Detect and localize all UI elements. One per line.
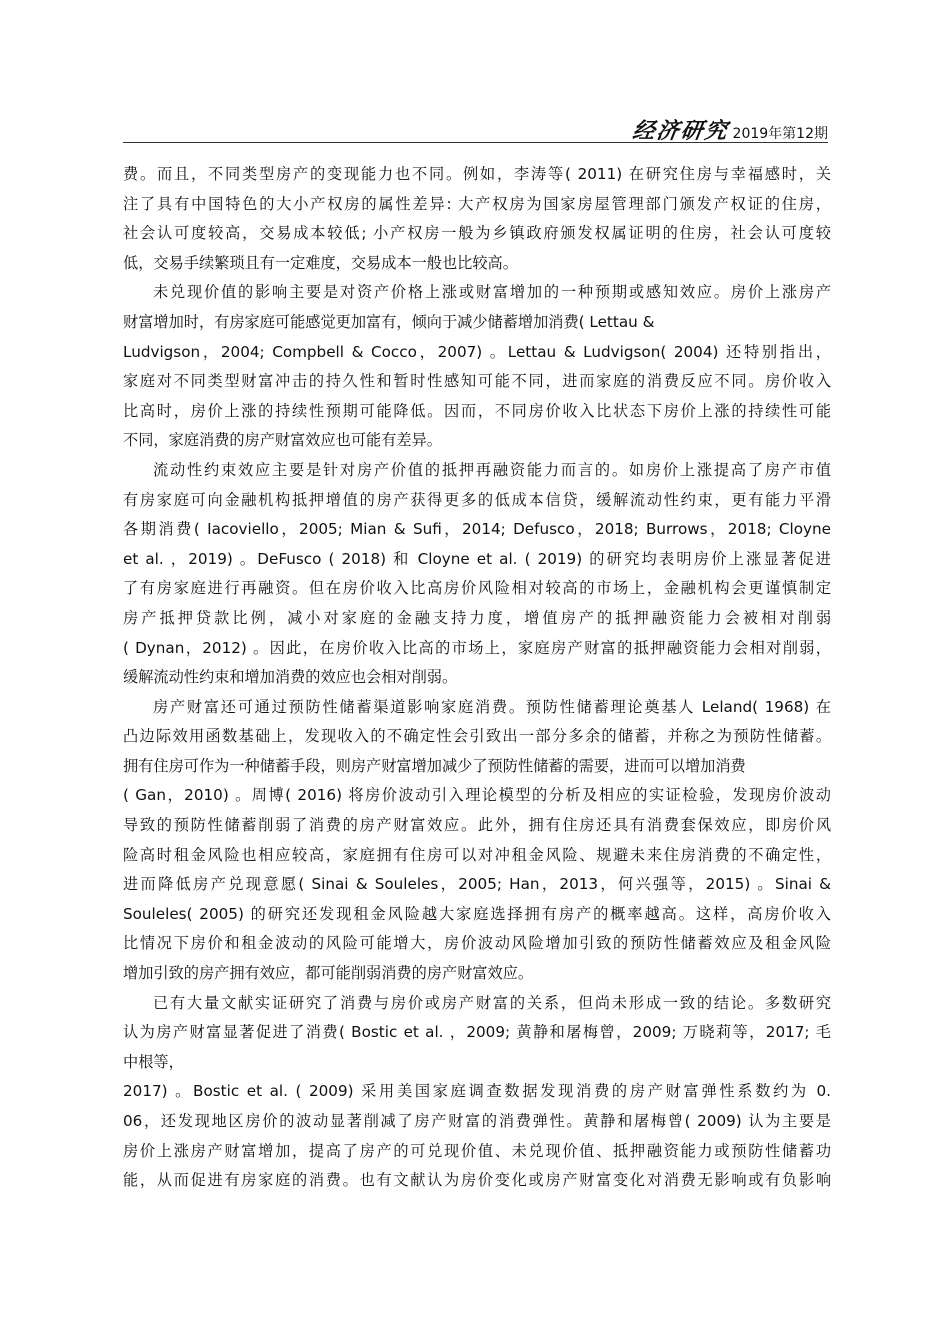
header-divider xyxy=(123,142,828,143)
text-line: 中根等， xyxy=(123,1048,831,1078)
journal-issue: 2019年第12期 xyxy=(733,123,828,143)
text-line: Ludvigson，2004; Compbell & Cocco，2007) 。… xyxy=(123,338,831,368)
text-line: 了有房家庭进行再融资。但在房价收入比高房价风险相对较高的市场上，金融机构会更谨慎… xyxy=(123,574,831,604)
text-line: 导致的预防性储蓄削弱了消费的房产财富效应。此外，拥有住房还具有消费套保效应，即房… xyxy=(123,811,831,841)
text-line: ( Dynan，2012) 。因此，在房价收入比高的市场上，家庭房产财富的抵押融… xyxy=(123,634,831,664)
paragraph-literature-review: 已有大量文献实证研究了消费与房价或房产财富的关系，但尚未形成一致的结论。多数研究… xyxy=(123,989,831,1196)
article-body: 费。而且，不同类型房产的变现能力也不同。例如，李涛等( 2011) 在研究住房与… xyxy=(123,160,831,1196)
text-line: 低，交易手续繁琐且有一定难度，交易成本一般也比较高。 xyxy=(123,249,831,279)
page-header: 经济研究 2019年第12期 xyxy=(123,112,828,142)
journal-logo: 经济研究 xyxy=(630,114,730,145)
text-line: 比情况下房价和租金波动的风险可能增大，房价波动风险增加引致的预防性储蓄效应及租金… xyxy=(123,929,831,959)
text-line: 增加引致的房产拥有效应，都可能削弱消费的房产财富效应。 xyxy=(123,959,831,989)
text-line: 流动性约束效应主要是针对房产价值的抵押再融资能力而言的。如房价上涨提高了房产市值 xyxy=(123,456,831,486)
paragraph-property-liquidity: 费。而且，不同类型房产的变现能力也不同。例如，李涛等( 2011) 在研究住房与… xyxy=(123,160,831,278)
text-line: 比高时，房价上涨的持续性预期可能降低。因而，不同房价收入比状态下房价上涨的持续性… xyxy=(123,397,831,427)
text-line: 财富增加时，有房家庭可能感觉更加富有，倾向于减少储蓄增加消费( Lettau & xyxy=(123,308,831,338)
text-line: et al. ，2019) 。DeFusco ( 2018) 和 Cloyne … xyxy=(123,545,831,575)
text-line: 房价上涨房产财富增加，提高了房产的可兑现价值、未兑现价值、抵押融资能力或预防性储… xyxy=(123,1137,831,1167)
paragraph-unrealized-value: 未兑现价值的影响主要是对资产价格上涨或财富增加的一种预期或感知效应。房价上涨房产… xyxy=(123,278,831,456)
paragraph-precautionary-saving: 房产财富还可通过预防性储蓄渠道影响家庭消费。预防性储蓄理论奠基人 Leland(… xyxy=(123,693,831,989)
text-line: 能，从而促进有房家庭的消费。也有文献认为房价变化或房产财富变化对消费无影响或有负… xyxy=(123,1166,831,1196)
text-line: 认为房产财富显著促进了消费( Bostic et al. ，2009; 黄静和屠… xyxy=(123,1018,831,1048)
text-line: Souleles( 2005) 的研究还发现租金风险越大家庭选择拥有房产的概率越… xyxy=(123,900,831,930)
text-line: ( Gan，2010) 。周博( 2016) 将房价波动引入理论模型的分析及相应… xyxy=(123,781,831,811)
text-line: 房产财富还可通过预防性储蓄渠道影响家庭消费。预防性储蓄理论奠基人 Leland(… xyxy=(123,693,831,723)
text-line: 费。而且，不同类型房产的变现能力也不同。例如，李涛等( 2011) 在研究住房与… xyxy=(123,160,831,190)
text-line: 注了具有中国特色的大小产权房的属性差异: 大产权房为国家房屋管理部门颁发产权证的… xyxy=(123,190,831,220)
text-line: 各期消费( Iacoviello，2005; Mian & Sufi，2014;… xyxy=(123,515,831,545)
text-line: 房产抵押贷款比例，减小对家庭的金融支持力度，增值房产的抵押融资能力会被相对削弱 xyxy=(123,604,831,634)
text-line: 有房家庭可向金融机构抵押增值的房产获得更多的低成本信贷，缓解流动性约束，更有能力… xyxy=(123,486,831,516)
text-line: 凸边际效用函数基础上，发现收入的不确定性会引致出一部分多余的储蓄，并称之为预防性… xyxy=(123,722,831,752)
text-line: 2017) 。Bostic et al. ( 2009) 采用美国家庭调查数据发… xyxy=(123,1077,831,1107)
text-line: 不同，家庭消费的房产财富效应也可能有差异。 xyxy=(123,426,831,456)
paragraph-liquidity-constraint: 流动性约束效应主要是针对房产价值的抵押再融资能力而言的。如房价上涨提高了房产市值… xyxy=(123,456,831,693)
text-line: 06，还发现地区房价的波动显著削减了房产财富的消费弹性。黄静和屠梅曾( 2009… xyxy=(123,1107,831,1137)
text-line: 已有大量文献实证研究了消费与房价或房产财富的关系，但尚未形成一致的结论。多数研究 xyxy=(123,989,831,1019)
text-line: 未兑现价值的影响主要是对资产价格上涨或财富增加的一种预期或感知效应。房价上涨房产 xyxy=(123,278,831,308)
text-line: 拥有住房可作为一种储蓄手段，则房产财富增加减少了预防性储蓄的需要，进而可以增加消… xyxy=(123,752,831,782)
text-line: 缓解流动性约束和增加消费的效应也会相对削弱。 xyxy=(123,663,831,693)
text-line: 险高时租金风险也相应较高，家庭拥有住房可以对冲租金风险、规避未来住房消费的不确定… xyxy=(123,841,831,871)
text-line: 社会认可度较高，交易成本较低; 小产权房一般为乡镇政府颁发权属证明的住房，社会认… xyxy=(123,219,831,249)
text-line: 家庭对不同类型财富冲击的持久性和暂时性感知可能不同，进而家庭的消费反应不同。房价… xyxy=(123,367,831,397)
text-line: 进而降低房产兑现意愿( Sinai & Souleles，2005; Han，2… xyxy=(123,870,831,900)
journal-brand: 经济研究 2019年第12期 xyxy=(633,114,828,145)
